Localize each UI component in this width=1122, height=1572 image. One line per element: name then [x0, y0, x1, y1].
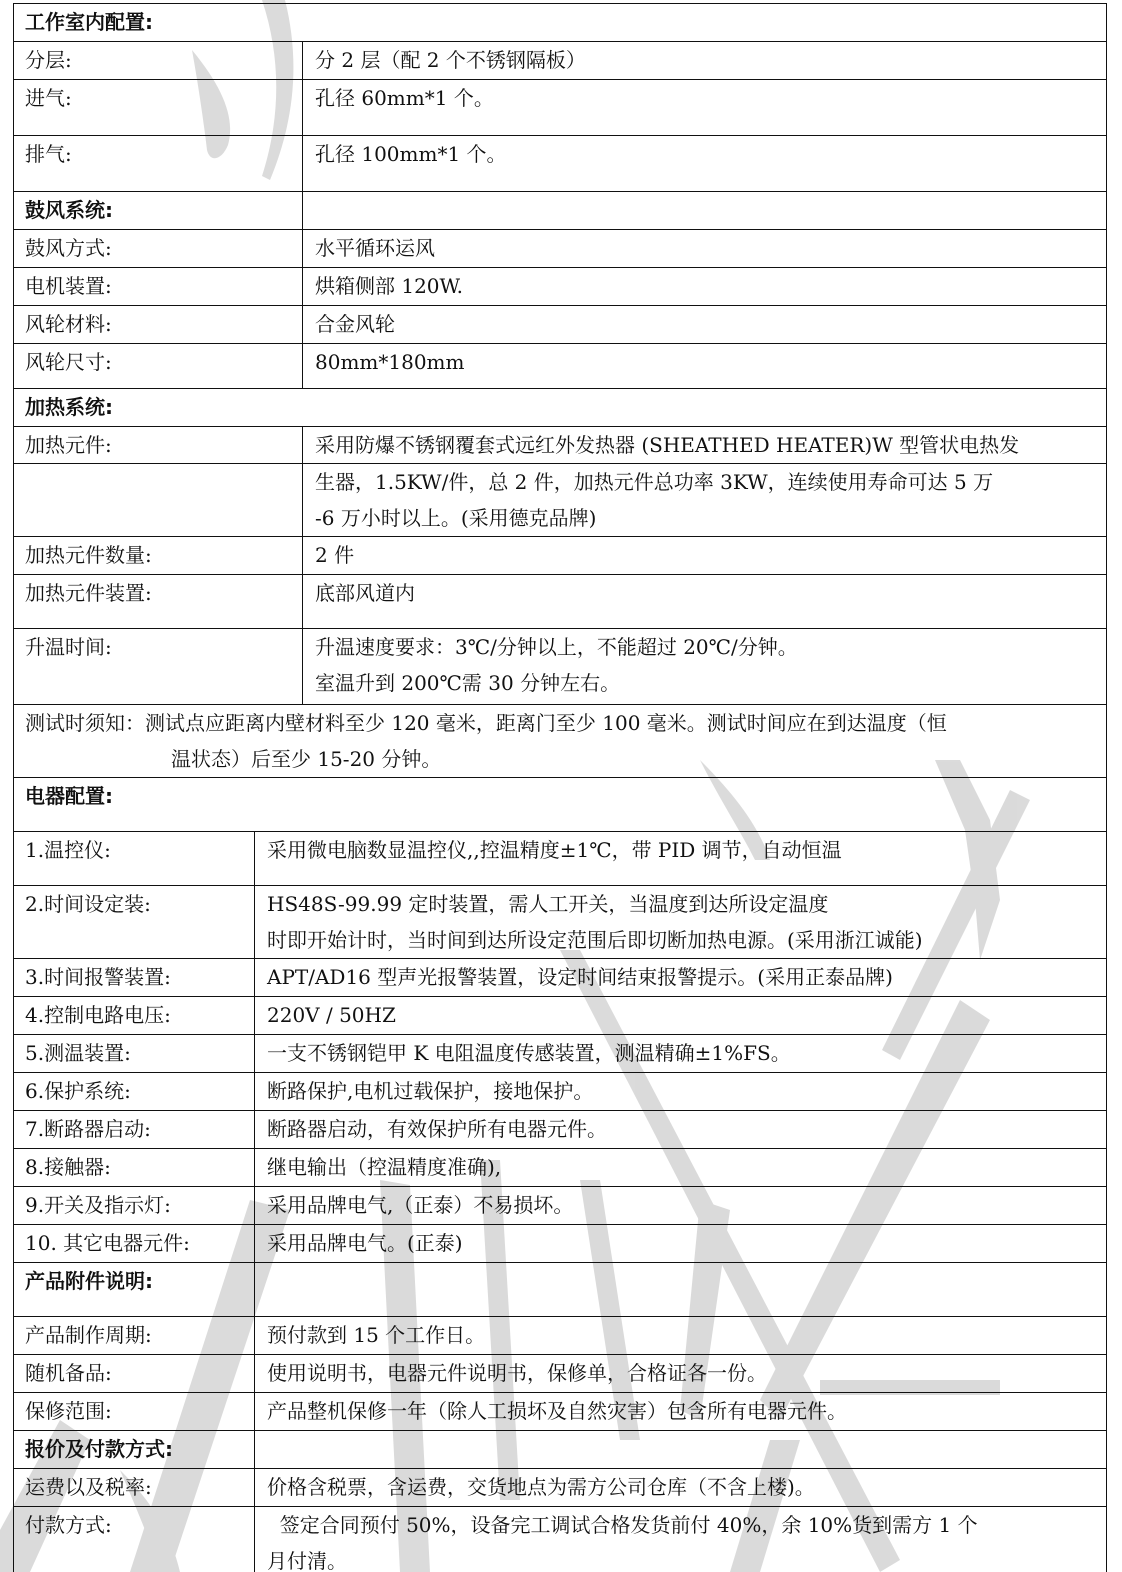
table-row: 2.时间设定装: HS48S-99.99 定时装置，需人工开关，当温度到达所设定… — [14, 885, 1107, 958]
row-label: 5.测温装置: — [14, 1034, 255, 1072]
table-row: 3.时间报警装置: APT/AD16 型声光报警装置，设定时间结束报警提示。(采… — [14, 958, 1107, 996]
row-label — [14, 464, 303, 537]
row-label: 9.开关及指示灯: — [14, 1186, 255, 1224]
row-value: 采用品牌电气。(正泰) — [255, 1224, 1107, 1262]
section-title: 报价及付款方式: — [14, 1430, 255, 1468]
section-title: 电器配置: — [14, 778, 1107, 832]
table-row: 付款方式: 签定合同预付 50%，设备完工调试合格发货前付 40%，余 10%货… — [14, 1506, 1107, 1572]
row-value: 使用说明书，电器元件说明书，保修单，合格证各一份。 — [255, 1354, 1107, 1392]
empty-cell — [255, 1430, 1107, 1468]
empty-cell — [303, 192, 1107, 230]
section-title: 工作室内配置: — [14, 4, 1107, 42]
table-row: 分层: 分 2 层（配 2 个不锈钢隔板） — [14, 42, 1107, 80]
test-notice: 测试时须知：测试点应距离内壁材料至少 120 毫米，距离门至少 100 毫米。测… — [14, 705, 1107, 778]
section-title: 加热系统: — [14, 389, 1107, 427]
section-header-chamber: 工作室内配置: — [14, 4, 1107, 42]
table-row: 运费以及税率: 价格含税票，含运费，交货地点为需方公司仓库（不含上楼)。 — [14, 1468, 1107, 1506]
row-label: 风轮尺寸: — [14, 344, 303, 389]
row-label: 风轮材料: — [14, 306, 303, 344]
row-value: 80mm*180mm — [303, 344, 1107, 389]
row-value: 采用微电脑数显温控仪,,控温精度±1℃，带 PID 调节，自动恒温 — [255, 831, 1107, 885]
table-row: 4.控制电路电压: 220V / 50HZ — [14, 996, 1107, 1034]
row-value: 烘箱侧部 120W. — [303, 268, 1107, 306]
table-row: 生器，1.5KW/件，总 2 件，加热元件总功率 3KW，连续使用寿命可达 5 … — [14, 464, 1107, 537]
row-value: 签定合同预付 50%，设备完工调试合格发货前付 40%，余 10%货到需方 1 … — [255, 1506, 1107, 1572]
row-label: 鼓风方式: — [14, 230, 303, 268]
spec-sheet: 工作室内配置: 分层: 分 2 层（配 2 个不锈钢隔板） 进气: 孔径 60m… — [13, 3, 1106, 1572]
value-line: -6 万小时以上。(采用德克品牌) — [315, 500, 1106, 536]
row-value: 2 件 — [303, 537, 1107, 575]
row-label: 3.时间报警装置: — [14, 958, 255, 996]
section-header-blower: 鼓风系统: — [14, 192, 1107, 230]
row-label: 2.时间设定装: — [14, 885, 255, 958]
row-label: 随机备品: — [14, 1354, 255, 1392]
value-line: 升温速度要求：3℃/分钟以上，不能超过 20℃/分钟。 — [315, 629, 1106, 665]
table-row: 加热元件数量: 2 件 — [14, 537, 1107, 575]
row-value: 产品整机保修一年（除人工损坏及自然灾害）包含所有电器元件。 — [255, 1392, 1107, 1430]
table-row: 7.断路器启动: 断路器启动，有效保护所有电器元件。 — [14, 1110, 1107, 1148]
table-row: 1.温控仪: 采用微电脑数显温控仪,,控温精度±1℃，带 PID 调节，自动恒温 — [14, 831, 1107, 885]
row-value: 升温速度要求：3℃/分钟以上，不能超过 20℃/分钟。 室温升到 200℃需 3… — [303, 629, 1107, 705]
table-row: 产品制作周期: 预付款到 15 个工作日。 — [14, 1316, 1107, 1354]
row-value: 预付款到 15 个工作日。 — [255, 1316, 1107, 1354]
row-value: 采用防爆不锈钢覆套式远红外发热器 (SHEATHED HEATER)W 型管状电… — [303, 427, 1107, 464]
value-line: 签定合同预付 50%，设备完工调试合格发货前付 40%，余 10%货到需方 1 … — [267, 1507, 1106, 1543]
table-row: 8.接触器: 继电输出（控温精度准确), — [14, 1148, 1107, 1186]
row-label: 付款方式: — [14, 1506, 255, 1572]
row-label: 运费以及税率: — [14, 1468, 255, 1506]
row-label: 10. 其它电器元件: — [14, 1224, 255, 1262]
value-line: 月付清。 — [267, 1543, 1106, 1572]
table-row: 5.测温装置: 一支不锈钢铠甲 K 电阻温度传感装置，测温精确±1%FS。 — [14, 1034, 1107, 1072]
row-value: 采用品牌电气,（正泰）不易损坏。 — [255, 1186, 1107, 1224]
row-label: 4.控制电路电压: — [14, 996, 255, 1034]
section-title: 产品附件说明: — [14, 1262, 255, 1316]
row-label: 进气: — [14, 80, 303, 136]
spec-table-lower: 1.温控仪: 采用微电脑数显温控仪,,控温精度±1℃，带 PID 调节，自动恒温… — [13, 831, 1107, 1572]
table-row: 风轮尺寸: 80mm*180mm — [14, 344, 1107, 389]
notice-line: 温状态）后至少 15-20 分钟。 — [25, 741, 1106, 777]
row-label: 7.断路器启动: — [14, 1110, 255, 1148]
row-value: 水平循环运风 — [303, 230, 1107, 268]
table-row: 进气: 孔径 60mm*1 个。 — [14, 80, 1107, 136]
row-label: 加热元件数量: — [14, 537, 303, 575]
row-value: 底部风道内 — [303, 575, 1107, 629]
section-header-payment: 报价及付款方式: — [14, 1430, 1107, 1468]
value-line: 时即开始计时，当时间到达所设定范围后即切断加热电源。(采用浙江诚能) — [267, 922, 1106, 958]
row-value: 一支不锈钢铠甲 K 电阻温度传感装置，测温精确±1%FS。 — [255, 1034, 1107, 1072]
row-label: 排气: — [14, 136, 303, 192]
row-value: 生器，1.5KW/件，总 2 件，加热元件总功率 3KW，连续使用寿命可达 5 … — [303, 464, 1107, 537]
section-title: 鼓风系统: — [14, 192, 303, 230]
table-row: 升温时间: 升温速度要求：3℃/分钟以上，不能超过 20℃/分钟。 室温升到 2… — [14, 629, 1107, 705]
row-value: 合金风轮 — [303, 306, 1107, 344]
empty-cell — [255, 1262, 1107, 1316]
value-line: 生器，1.5KW/件，总 2 件，加热元件总功率 3KW，连续使用寿命可达 5 … — [315, 464, 1106, 500]
table-row: 排气: 孔径 100mm*1 个。 — [14, 136, 1107, 192]
value-line: 室温升到 200℃需 30 分钟左右。 — [315, 665, 1106, 701]
row-value: 价格含税票，含运费，交货地点为需方公司仓库（不含上楼)。 — [255, 1468, 1107, 1506]
row-label: 升温时间: — [14, 629, 303, 705]
row-label: 8.接触器: — [14, 1148, 255, 1186]
table-row: 随机备品: 使用说明书，电器元件说明书，保修单，合格证各一份。 — [14, 1354, 1107, 1392]
row-value: 分 2 层（配 2 个不锈钢隔板） — [303, 42, 1107, 80]
row-label: 加热元件装置: — [14, 575, 303, 629]
table-row: 加热元件: 采用防爆不锈钢覆套式远红外发热器 (SHEATHED HEATER)… — [14, 427, 1107, 464]
table-row: 6.保护系统: 断路保护,电机过载保护，接地保护。 — [14, 1072, 1107, 1110]
notice-line: 测试时须知：测试点应距离内壁材料至少 120 毫米，距离门至少 100 毫米。测… — [25, 705, 1106, 741]
row-value: 孔径 100mm*1 个。 — [303, 136, 1107, 192]
section-header-heating: 加热系统: — [14, 389, 1107, 427]
test-notice-row: 测试时须知：测试点应距离内壁材料至少 120 毫米，距离门至少 100 毫米。测… — [14, 705, 1107, 778]
table-row: 9.开关及指示灯: 采用品牌电气,（正泰）不易损坏。 — [14, 1186, 1107, 1224]
table-row: 鼓风方式: 水平循环运风 — [14, 230, 1107, 268]
section-header-electrical: 电器配置: — [14, 778, 1107, 832]
row-value: 220V / 50HZ — [255, 996, 1107, 1034]
value-line: HS48S-99.99 定时装置，需人工开关，当温度到达所设定温度 — [267, 886, 1106, 922]
spec-table-upper: 工作室内配置: 分层: 分 2 层（配 2 个不锈钢隔板） 进气: 孔径 60m… — [13, 3, 1107, 832]
section-header-accessories: 产品附件说明: — [14, 1262, 1107, 1316]
table-row: 10. 其它电器元件: 采用品牌电气。(正泰) — [14, 1224, 1107, 1262]
row-value: 继电输出（控温精度准确), — [255, 1148, 1107, 1186]
row-value: APT/AD16 型声光报警装置，设定时间结束报警提示。(采用正泰品牌) — [255, 958, 1107, 996]
row-label: 保修范围: — [14, 1392, 255, 1430]
table-row: 保修范围: 产品整机保修一年（除人工损坏及自然灾害）包含所有电器元件。 — [14, 1392, 1107, 1430]
row-value: 断路保护,电机过载保护，接地保护。 — [255, 1072, 1107, 1110]
row-value: HS48S-99.99 定时装置，需人工开关，当温度到达所设定温度 时即开始计时… — [255, 885, 1107, 958]
row-label: 电机装置: — [14, 268, 303, 306]
row-value: 孔径 60mm*1 个。 — [303, 80, 1107, 136]
row-label: 产品制作周期: — [14, 1316, 255, 1354]
row-label: 加热元件: — [14, 427, 303, 464]
table-row: 加热元件装置: 底部风道内 — [14, 575, 1107, 629]
table-row: 电机装置: 烘箱侧部 120W. — [14, 268, 1107, 306]
row-label: 6.保护系统: — [14, 1072, 255, 1110]
table-row: 风轮材料: 合金风轮 — [14, 306, 1107, 344]
row-value: 断路器启动，有效保护所有电器元件。 — [255, 1110, 1107, 1148]
row-label: 分层: — [14, 42, 303, 80]
row-label: 1.温控仪: — [14, 831, 255, 885]
